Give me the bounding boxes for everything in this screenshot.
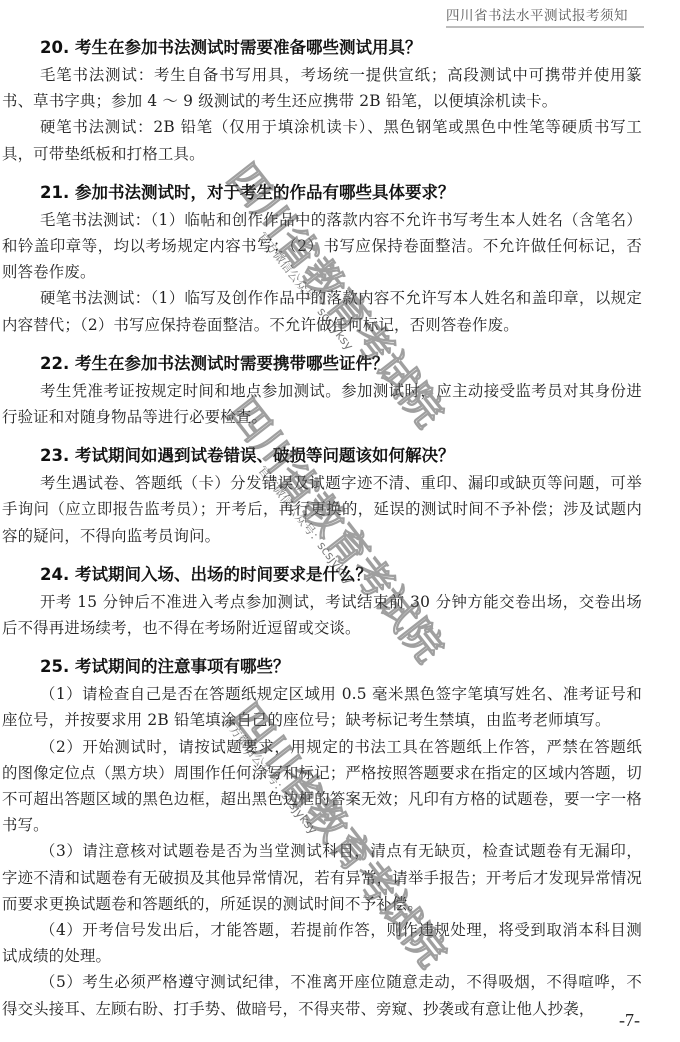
question-title: 23. 考试期间如遇到试卷错误、破损等问题该如何解决？ (2, 444, 642, 468)
answer-paragraph: 开考 15 分钟后不准进入考点参加测试，考试结束前 30 分钟方能交卷出场，交卷… (2, 589, 642, 641)
question-title: 24. 考试期间入场、出场的时间要求是什么？ (2, 563, 642, 587)
page-number: -7- (619, 1010, 640, 1031)
faq-section-20: 20. 考生在参加书法测试时需要准备哪些测试用具？ 毛笔书法测试：考生自备书写用… (2, 36, 642, 167)
question-title: 25. 考试期间的注意事项有哪些？ (2, 655, 642, 679)
question-title: 22. 考生在参加书法测试时需要携带哪些证件？ (2, 352, 642, 376)
answer-paragraph: 毛笔书法测试：考生自备书写用具，考场统一提供宣纸；高段测试中可携带并使用篆书、草… (2, 62, 642, 114)
question-title: 21. 参加书法测试时，对于考生的作品有哪些具体要求？ (2, 181, 642, 205)
answer-paragraph: 硬笔书法测试：（1）临写及创作作品中的落款内容不允许写本人姓名和盖印章，以规定内… (2, 285, 642, 337)
answer-paragraph: 考生凭准考证按规定时间和地点参加测试。参加测试时，应主动接受监考员对其身份进行验… (2, 378, 642, 430)
running-header: 四川省书法水平测试报考须知 (446, 4, 644, 28)
faq-section-24: 24. 考试期间入场、出场的时间要求是什么？ 开考 15 分钟后不准进入考点参加… (2, 563, 642, 641)
faq-section-22: 22. 考生在参加书法测试时需要携带哪些证件？ 考生凭准考证按规定时间和地点参加… (2, 352, 642, 430)
question-title: 20. 考生在参加书法测试时需要准备哪些测试用具？ (2, 36, 642, 60)
answer-paragraph: （2）开始测试时，请按试题要求，用规定的书法工具在答题纸上作答，严禁在答题纸的图… (2, 734, 642, 839)
answer-paragraph: 考生遇试卷、答题纸（卡）分发错误及试题字迹不清、重印、漏印或缺页等问题，可举手询… (2, 470, 642, 549)
faq-section-21: 21. 参加书法测试时，对于考生的作品有哪些具体要求？ 毛笔书法测试：（1）临帖… (2, 181, 642, 338)
answer-paragraph: （1）请检查自己是否在答题纸规定区域用 0.5 毫米黑色签字笔填写姓名、准考证号… (2, 681, 642, 733)
answer-paragraph: （4）开考信号发出后，才能答题，若提前作答，则作违规处理，将受到取消本科目测试成… (2, 917, 642, 969)
answer-paragraph: （3）请注意核对试题卷是否为当堂测试科目，清点有无缺页，检查试题卷有无漏印，字迹… (2, 838, 642, 917)
faq-section-23: 23. 考试期间如遇到试卷错误、破损等问题该如何解决？ 考生遇试卷、答题纸（卡）… (2, 444, 642, 549)
answer-paragraph: （5）考生必须严格遵守测试纪律，不准离开座位随意走动，不得吸烟，不得喧哗，不得交… (2, 969, 642, 1021)
document-body: 20. 考生在参加书法测试时需要准备哪些测试用具？ 毛笔书法测试：考生自备书写用… (2, 36, 642, 1036)
faq-section-25: 25. 考试期间的注意事项有哪些？ （1）请检查自己是否在答题纸规定区域用 0.… (2, 655, 642, 1022)
answer-paragraph: 毛笔书法测试：（1）临帖和创作作品中的落款内容不允许书写考生本人姓名（含笔名）和… (2, 207, 642, 286)
answer-paragraph: 硬笔书法测试：2B 铅笔（仅用于填涂机读卡）、黑色钢笔或黑色中性笔等硬质书写工具… (2, 114, 642, 166)
